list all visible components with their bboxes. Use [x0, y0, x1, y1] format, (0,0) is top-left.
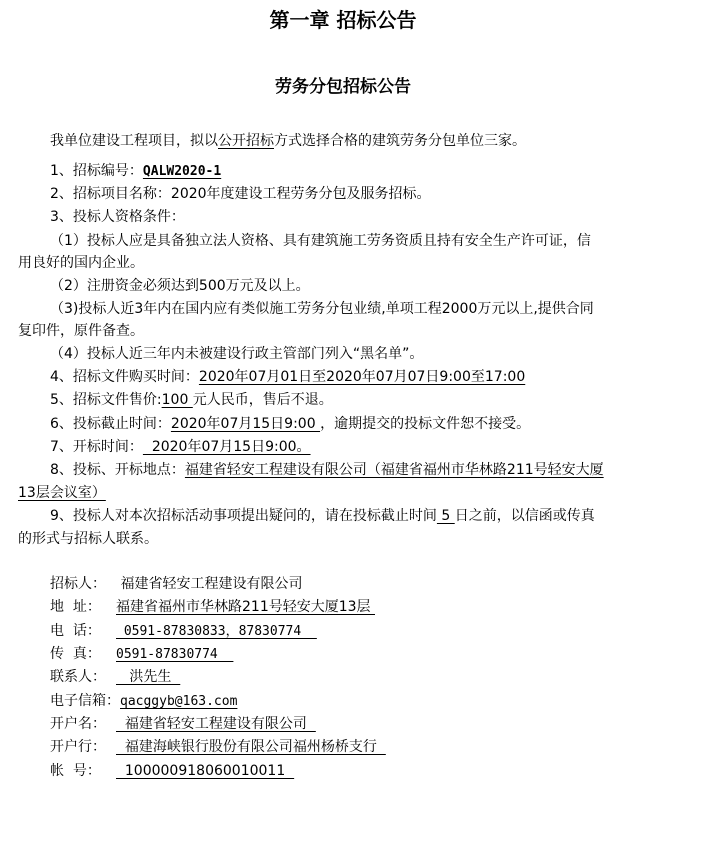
opening-time-value: 2020年07月15日9:00。: [143, 439, 311, 455]
item-9-suffix: 日之前，以信函或传真: [455, 508, 595, 524]
item-2-project-name: 2、招标项目名称：2020年度建设工程劳务分包及服务招标。: [50, 185, 431, 203]
account-name-label: 开户名：: [50, 715, 116, 733]
item-8-label: 8、投标、开标地点：: [50, 462, 185, 478]
contact-person-value: 洪先生: [116, 669, 180, 685]
price-value: 100: [162, 392, 193, 408]
email-link[interactable]: qacggyb@163.com: [120, 694, 237, 709]
purchase-time-value: 2020年07月01日至2020年07月07日9:00至17:00: [199, 369, 525, 385]
fax-value: 0591-87830774: [116, 647, 233, 662]
contact-phone: 电 话： 0591-87830833，87830774: [50, 622, 317, 641]
phone-value: 0591-87830833，87830774: [116, 624, 317, 639]
account-name-value: 福建省轻安工程建设有限公司: [116, 716, 316, 732]
item-9-inquiry-line1: 9、投标人对本次招标活动事项提出疑问的，请在投标截止时间 5 日之前，以信函或传…: [50, 507, 595, 525]
inquiry-days-value: 5: [437, 508, 455, 524]
contact-fax: 传 真：0591-87830774: [50, 645, 233, 664]
contact-email: 电子信箱：qacggyb@163.com: [50, 692, 237, 711]
item-5-suffix: 元人民币，售后不退。: [193, 392, 333, 408]
contact-person: 联系人： 洪先生: [50, 668, 180, 686]
fax-label: 传 真：: [50, 645, 116, 663]
chapter-title: 第一章 招标公告: [0, 8, 686, 32]
notice-title: 劳务分包招标公告: [0, 76, 686, 98]
item-1-label: 1、招标编号：: [50, 163, 143, 179]
item-3-qualifications: 3、投标人资格条件：: [50, 208, 185, 226]
item-6-deadline: 6、投标截止时间：2020年07月15日9:00 ，逾期提交的投标文件恕不接受。: [50, 415, 530, 433]
item-8-location-line1: 8、投标、开标地点：福建省轻安工程建设有限公司（福建省福州市华林路211号轻安大…: [50, 461, 604, 479]
address-label: 地 址：: [50, 598, 116, 616]
address-value: 福建省福州市华林路211号轻安大厦13层: [116, 599, 375, 615]
item-5-label: 5、招标文件售价:: [50, 392, 162, 408]
tenderer-value: 福建省轻安工程建设有限公司: [116, 576, 302, 592]
bank-label: 开户行：: [50, 738, 116, 756]
item-6-suffix: ，逾期提交的投标文件恕不接受。: [320, 416, 530, 432]
account-number-value: 100000918060010011: [116, 763, 294, 779]
condition-3-line2: 复印件，原件备查。: [18, 322, 144, 340]
item-6-label: 6、投标截止时间：: [50, 416, 171, 432]
item-7-opening-time: 7、开标时间： 2020年07月15日9:00。: [50, 438, 311, 456]
condition-2: （2）注册资金必须达到500万元及以上。: [50, 277, 310, 295]
contact-account-number: 帐 号： 100000918060010011: [50, 762, 294, 780]
intro-suffix: 方式选择合格的建筑劳务分包单位三家。: [274, 133, 526, 149]
phone-label: 电 话：: [50, 622, 116, 640]
intro-prefix: 我单位建设工程项目，拟以: [50, 133, 218, 149]
item-9-inquiry-line2: 的形式与招标人联系。: [18, 530, 158, 548]
item-7-label: 7、开标时间：: [50, 439, 143, 455]
item-1-bid-number: 1、招标编号：QALW2020-1: [50, 162, 221, 181]
item-5-price: 5、招标文件售价:100 元人民币，售后不退。: [50, 391, 333, 409]
location-value-line1: 福建省轻安工程建设有限公司（福建省福州市华林路211号轻安大厦: [185, 462, 604, 478]
condition-1-line1: （1）投标人应是具备独立法人资格、具有建筑施工劳务资质且持有安全生产许可证，信: [50, 232, 591, 250]
item-8-location-line2: 13层会议室）: [18, 484, 106, 502]
bank-value: 福建海峡银行股份有限公司福州杨桥支行: [116, 739, 386, 755]
deadline-value: 2020年07月15日9:00: [171, 416, 320, 432]
item-4-label: 4、招标文件购买时间：: [50, 369, 199, 385]
contact-address: 地 址：福建省福州市华林路211号轻安大厦13层: [50, 598, 375, 616]
contact-tenderer: 招标人： 福建省轻安工程建设有限公司: [50, 575, 302, 593]
bid-number-value: QALW2020-1: [143, 164, 221, 179]
item-4-purchase-time: 4、招标文件购买时间：2020年07月01日至2020年07月07日9:00至1…: [50, 368, 525, 386]
intro-method: 公开招标: [218, 133, 274, 149]
email-label: 电子信箱：: [50, 693, 120, 709]
contact-person-label: 联系人：: [50, 668, 116, 686]
tenderer-label: 招标人：: [50, 575, 116, 593]
condition-4: （4）投标人近三年内未被建设行政主管部门列入“黑名单”。: [50, 345, 423, 363]
item-9-prefix: 9、投标人对本次招标活动事项提出疑问的，请在投标截止时间: [50, 508, 437, 524]
intro-paragraph: 我单位建设工程项目，拟以公开招标方式选择合格的建筑劳务分包单位三家。: [50, 132, 526, 150]
condition-3-line1: （3)投标人近3年内在国内应有类似施工劳务分包业绩,单项工程2000万元以上,提…: [50, 300, 594, 318]
account-number-label: 帐 号：: [50, 762, 116, 780]
contact-account-name: 开户名： 福建省轻安工程建设有限公司: [50, 715, 316, 733]
contact-bank: 开户行： 福建海峡银行股份有限公司福州杨桥支行: [50, 738, 386, 756]
condition-1-line2: 用良好的国内企业。: [18, 254, 144, 272]
